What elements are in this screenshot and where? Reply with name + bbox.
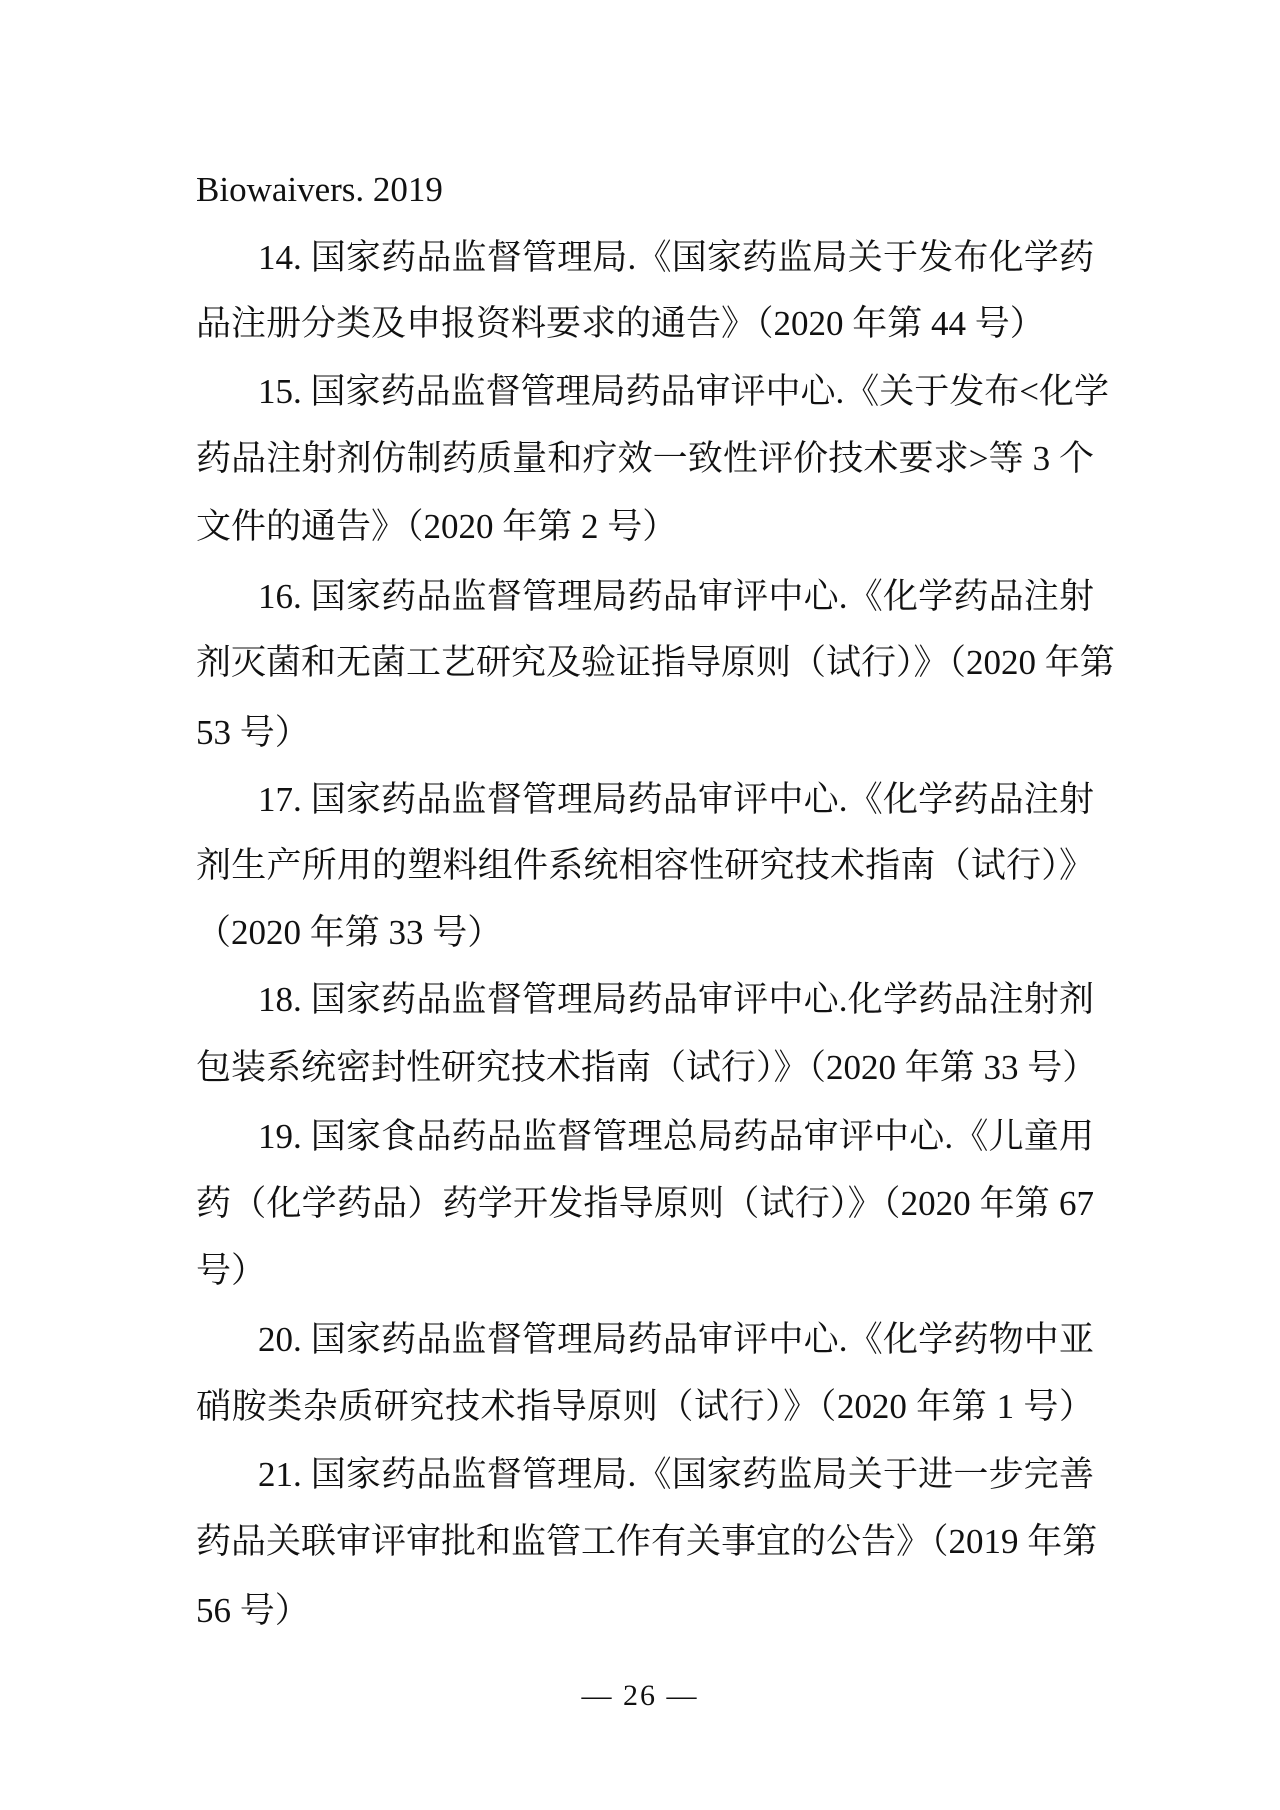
reference-15-line-3: 文件的通告》（2020 年第 2 号） (196, 493, 1094, 561)
reference-17-line-1: 17. 国家药品监督管理局药品审评中心.《化学药品注射 (196, 766, 1094, 834)
reference-17-line-2: 剂生产所用的塑料组件系统相容性研究技术指南（试行）》 (196, 832, 1094, 900)
reference-18-line-2: 包装系统密封性研究技术指南（试行）》（2020 年第 33 号） (196, 1034, 1094, 1102)
reference-19-line-1: 19. 国家食品药品监督管理总局药品审评中心.《儿童用 (196, 1103, 1094, 1171)
reference-21-line-1: 21. 国家药品监督管理局.《国家药监局关于进一步完善 (196, 1441, 1094, 1509)
reference-15-line-2: 药品注射剂仿制药质量和疗效一致性评价技术要求>等 3 个 (196, 425, 1094, 493)
reference-14-line-2: 品注册分类及申报资料要求的通告》（2020 年第 44 号） (196, 290, 1094, 358)
reference-20-line-2: 硝胺类杂质研究技术指导原则（试行）》（2020 年第 1 号） (196, 1373, 1094, 1441)
reference-continuation-13: Biowaivers. 2019 (196, 156, 1094, 224)
reference-21-line-3: 56 号） (196, 1577, 1094, 1645)
reference-21-line-2: 药品关联审评审批和监管工作有关事宜的公告》（2019 年第 (196, 1508, 1094, 1576)
reference-16-line-3: 53 号） (196, 699, 1094, 767)
document-page: Biowaivers. 2019 14. 国家药品监督管理局.《国家药监局关于发… (0, 0, 1280, 1810)
reference-16-line-1: 16. 国家药品监督管理局药品审评中心.《化学药品注射 (196, 563, 1094, 631)
reference-14-line-1: 14. 国家药品监督管理局.《国家药监局关于发布化学药 (196, 224, 1094, 292)
reference-18-line-1: 18. 国家药品监督管理局药品审评中心.化学药品注射剂 (196, 966, 1094, 1034)
reference-17-line-3: （2020 年第 33 号） (196, 899, 1094, 967)
reference-15-line-1: 15. 国家药品监督管理局药品审评中心.《关于发布<化学 (196, 358, 1094, 426)
reference-19-line-3: 号） (196, 1237, 1094, 1305)
page-number: — 26 — (0, 1662, 1280, 1730)
reference-16-line-2: 剂灭菌和无菌工艺研究及验证指导原则（试行）》（2020 年第 (196, 629, 1094, 697)
reference-19-line-2: 药（化学药品）药学开发指导原则（试行）》（2020 年第 67 (196, 1170, 1094, 1238)
reference-20-line-1: 20. 国家药品监督管理局药品审评中心.《化学药物中亚 (196, 1306, 1094, 1374)
